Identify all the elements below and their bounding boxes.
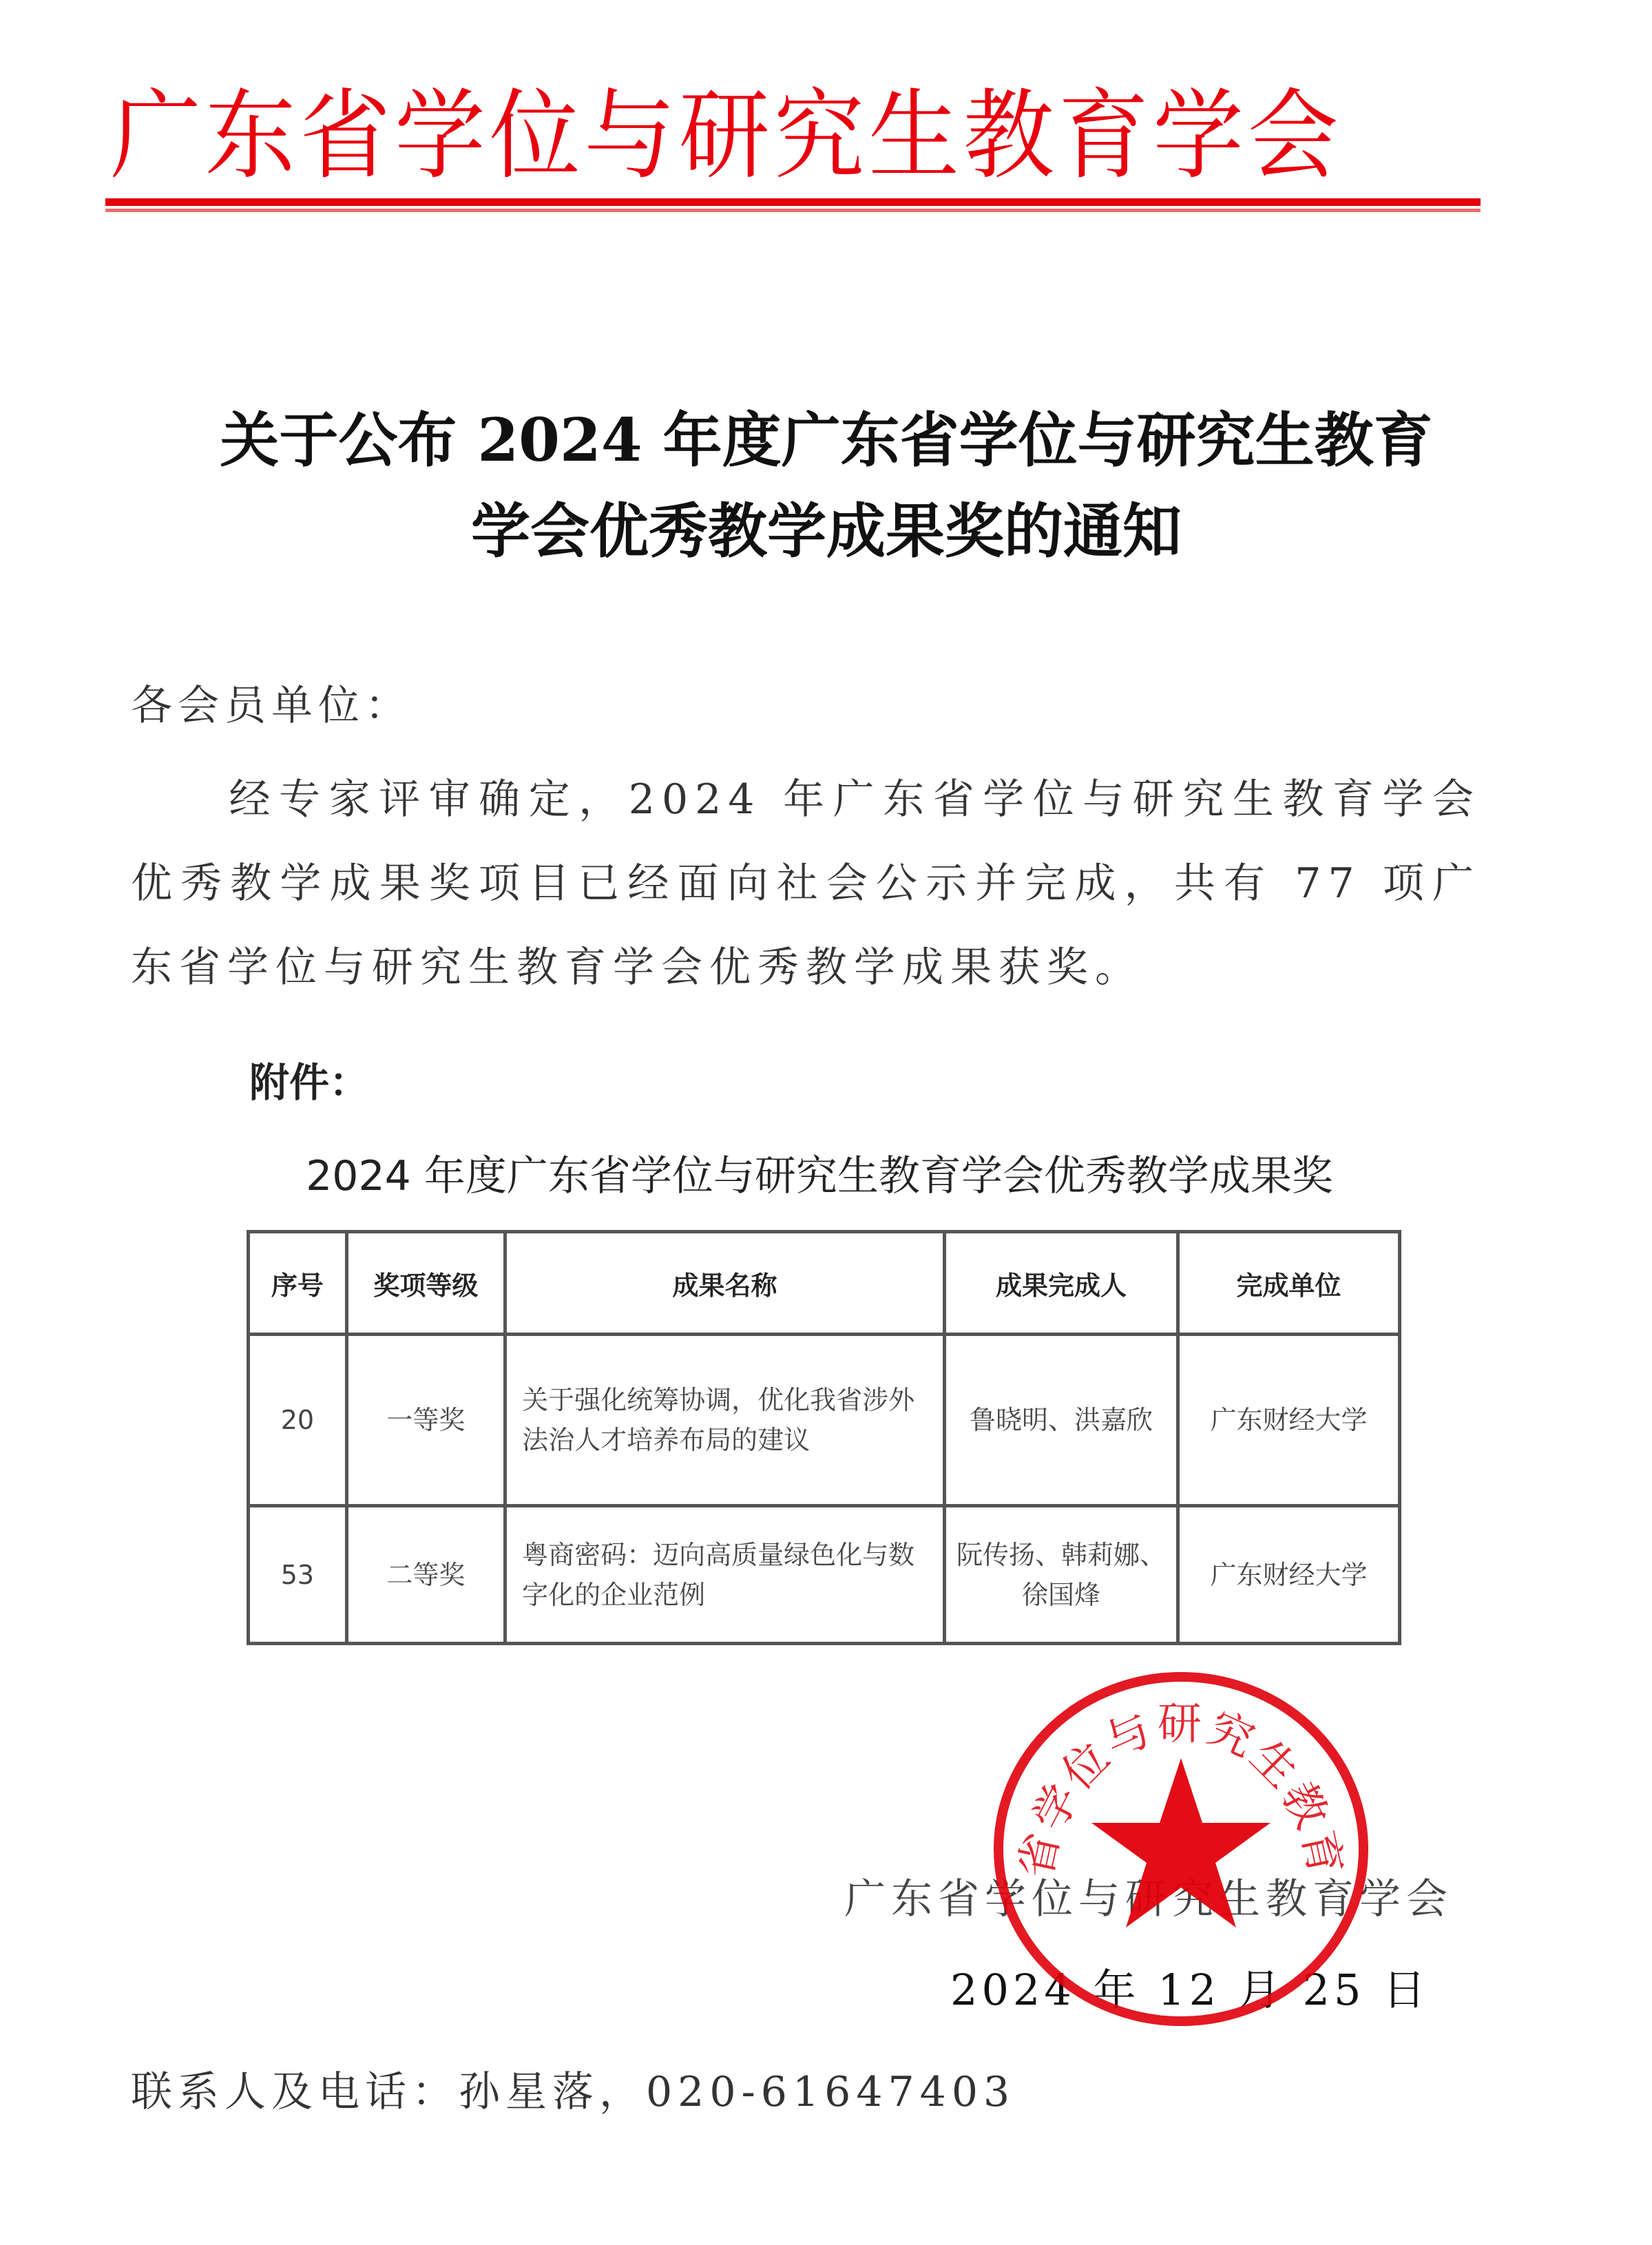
table-caption: 2024 年度广东省学位与研究生教育学会优秀教学成果奖 xyxy=(234,1143,1405,1202)
cell-authors: 阮传扬、韩莉娜、徐国烽 xyxy=(944,1506,1178,1644)
salutation: 各会员单位： xyxy=(131,678,412,733)
cell-unit: 广东财经大学 xyxy=(1178,1335,1399,1506)
cell-achievement-name: 关于强化统筹协调，优化我省涉外法治人才培养布局的建议 xyxy=(505,1335,945,1506)
star-icon xyxy=(1091,1758,1271,1928)
body-paragraph-text: 经专家评审确定，2024 年广东省学位与研究生教育学会优秀教学成果奖项目已经面向… xyxy=(131,775,1481,992)
header-serial-no: 序号 xyxy=(249,1232,347,1335)
cell-unit: 广东财经大学 xyxy=(1178,1506,1399,1644)
organization-letterhead: 广东省学位与研究生教育学会 xyxy=(110,81,1385,191)
header-achievement-name: 成果名称 xyxy=(505,1232,945,1335)
cell-serial-no: 20 xyxy=(249,1335,347,1506)
cell-serial-no: 53 xyxy=(249,1506,347,1644)
attachment-label: 附件： xyxy=(249,1050,369,1108)
awards-table: 序号 奖项等级 成果名称 成果完成人 完成单位 20 一等奖 关于强化统筹协调，… xyxy=(247,1230,1401,1645)
body-paragraph: 经专家评审确定，2024 年广东省学位与研究生教育学会优秀教学成果奖项目已经面向… xyxy=(131,758,1481,1010)
table-row: 53 二等奖 粤商密码：迈向高质量绿色化与数字化的企业范例 阮传扬、韩莉娜、徐国… xyxy=(249,1506,1400,1644)
letterhead-red-rule-thin xyxy=(105,209,1481,212)
document-title-line-1: 关于公布 2024 年度广东省学位与研究生教育 xyxy=(103,399,1549,482)
official-seal-icon: 广东省学位与研究生教育学会 xyxy=(985,1670,1377,2028)
contact-info: 联系人及电话：孙星落，020-61647403 xyxy=(131,2059,1015,2118)
letterhead-red-rule xyxy=(105,198,1481,206)
table-header-row: 序号 奖项等级 成果名称 成果完成人 完成单位 xyxy=(249,1232,1400,1335)
header-award-level: 奖项等级 xyxy=(346,1232,505,1335)
cell-authors: 鲁晓明、洪嘉欣 xyxy=(944,1335,1178,1506)
header-unit: 完成单位 xyxy=(1178,1232,1399,1335)
cell-award-level: 二等奖 xyxy=(346,1506,505,1644)
document-title-line-2: 学会优秀教学成果奖的通知 xyxy=(103,490,1549,573)
header-authors: 成果完成人 xyxy=(944,1232,1178,1335)
cell-award-level: 一等奖 xyxy=(346,1335,505,1506)
table-row: 20 一等奖 关于强化统筹协调，优化我省涉外法治人才培养布局的建议 鲁晓明、洪嘉… xyxy=(249,1335,1400,1506)
cell-achievement-name: 粤商密码：迈向高质量绿色化与数字化的企业范例 xyxy=(505,1506,945,1644)
